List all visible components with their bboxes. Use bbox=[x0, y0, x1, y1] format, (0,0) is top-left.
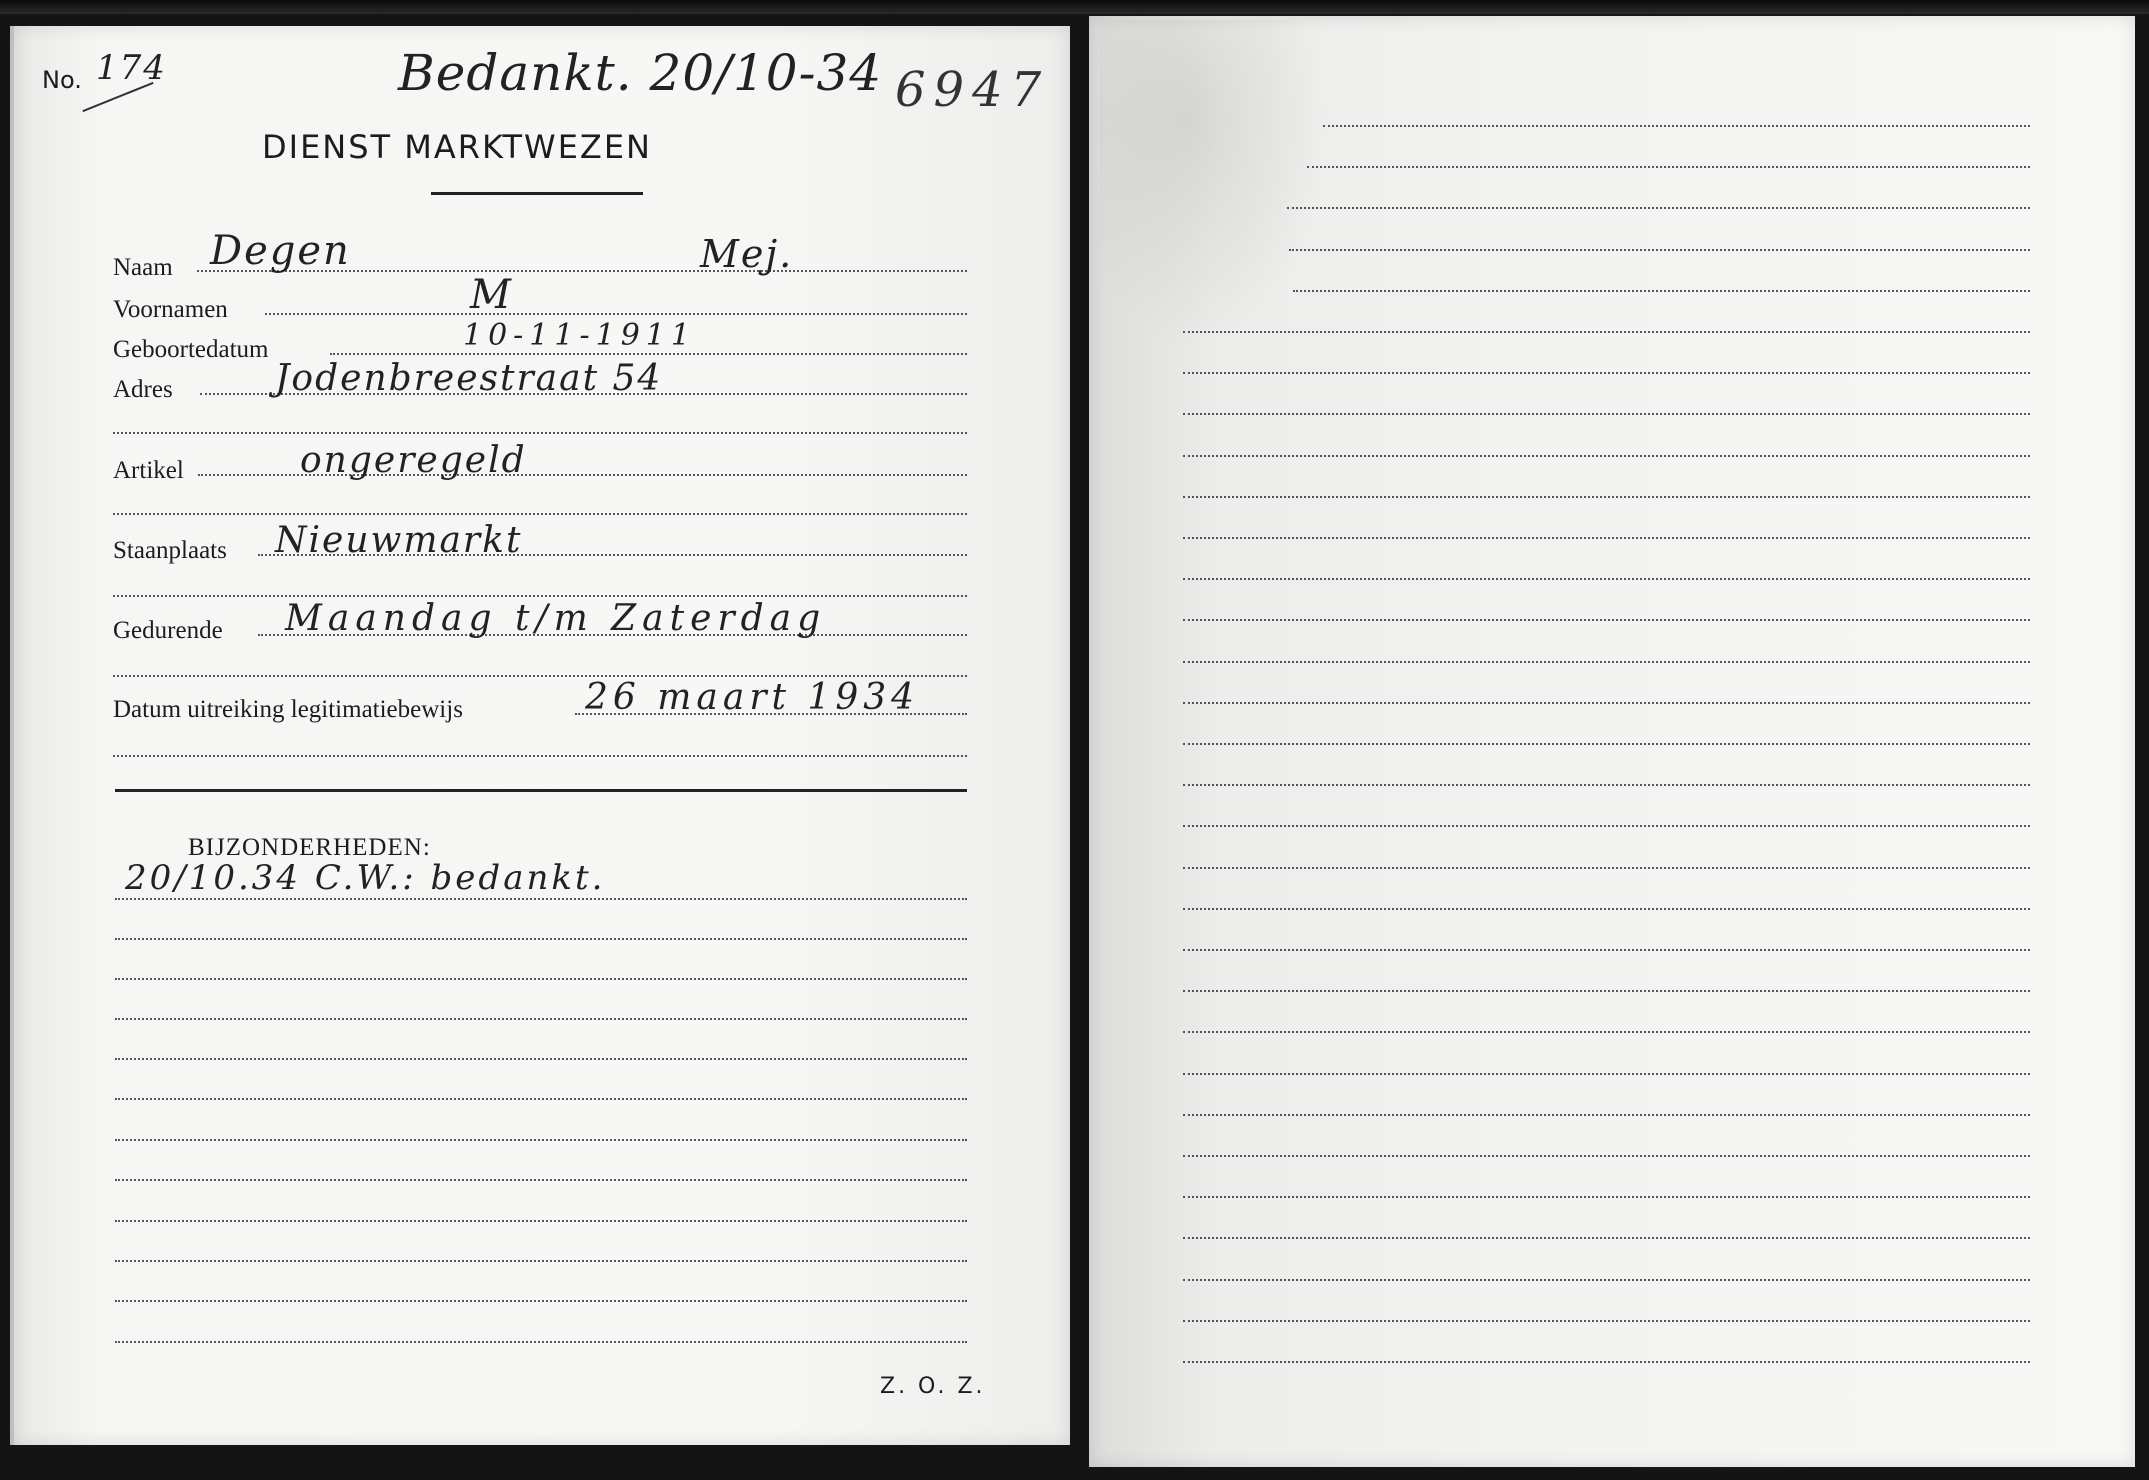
back-ruled-line bbox=[1183, 743, 2030, 745]
field-line-adres-extra bbox=[113, 432, 967, 434]
back-ruled-line bbox=[1183, 496, 2030, 498]
record-card-front bbox=[10, 26, 1070, 1445]
footer-zoz: Z. O. Z. bbox=[880, 1374, 986, 1399]
back-ruled-line bbox=[1323, 125, 2030, 127]
back-ruled-line bbox=[1183, 578, 2030, 580]
back-ruled-line bbox=[1183, 1114, 2030, 1116]
back-ruled-line bbox=[1183, 455, 2030, 457]
field-label-geboortedatum: Geboortedatum bbox=[113, 337, 269, 362]
back-ruled-line bbox=[1183, 619, 2030, 621]
field-value-artikel: ongeregeld bbox=[300, 440, 527, 481]
field-label-datum-uitreiking: Datum uitreiking legitimatiebewijs bbox=[113, 697, 463, 722]
remarks-line-3 bbox=[115, 978, 967, 980]
back-ruled-line bbox=[1183, 1073, 2030, 1075]
field-line-staanplaats-extra bbox=[113, 595, 967, 597]
field-line-voornamen bbox=[265, 313, 967, 315]
field-label-gedurende: Gedurende bbox=[113, 618, 223, 643]
back-ruled-line bbox=[1183, 537, 2030, 539]
remarks-line-11 bbox=[115, 1300, 967, 1302]
back-ruled-line bbox=[1183, 825, 2030, 827]
back-ruled-line bbox=[1289, 249, 2030, 251]
back-ruled-line bbox=[1293, 290, 2030, 292]
number-label: No. bbox=[42, 66, 82, 94]
field-value-voornamen: M bbox=[470, 272, 513, 318]
remarks-text: 20/10.34 C.W.: bedankt. bbox=[125, 858, 605, 898]
remarks-line-5 bbox=[115, 1058, 967, 1060]
field-line-geboortedatum bbox=[330, 353, 967, 355]
remarks-line-1 bbox=[115, 898, 967, 900]
archive-number: 6947 bbox=[895, 62, 1049, 118]
title-rule bbox=[431, 192, 643, 195]
scan-border bbox=[0, 0, 2149, 14]
field-line-datum-extra bbox=[113, 755, 967, 757]
back-ruled-line bbox=[1183, 702, 2030, 704]
back-ruled-line bbox=[1183, 372, 2030, 374]
remarks-line-4 bbox=[115, 1018, 967, 1020]
field-label-artikel: Artikel bbox=[113, 458, 184, 483]
remarks-line-2 bbox=[115, 938, 967, 940]
record-card-back bbox=[1089, 16, 2135, 1467]
field-label-voornamen: Voornamen bbox=[113, 297, 228, 322]
remarks-line-6 bbox=[115, 1098, 967, 1100]
field-value-naam: Degen bbox=[210, 228, 351, 274]
back-ruled-line bbox=[1183, 867, 2030, 869]
back-ruled-line bbox=[1183, 990, 2030, 992]
back-ruled-line bbox=[1183, 1155, 2030, 1157]
back-ruled-line bbox=[1183, 413, 2030, 415]
field-label-staanplaats: Staanplaats bbox=[113, 538, 227, 563]
back-ruled-line bbox=[1183, 1237, 2030, 1239]
back-ruled-line bbox=[1287, 207, 2030, 209]
back-ruled-line bbox=[1183, 1361, 2030, 1363]
back-ruled-line bbox=[1183, 1279, 2030, 1281]
field-label-adres: Adres bbox=[113, 377, 173, 402]
remarks-line-10 bbox=[115, 1260, 967, 1262]
field-line-artikel-extra bbox=[113, 513, 967, 515]
field-label-naam: Naam bbox=[113, 255, 173, 280]
field-value-gedurende: Maandag t/m Zaterdag bbox=[285, 598, 826, 639]
page-title: DIENST MARKTWEZEN bbox=[262, 128, 652, 166]
back-ruled-line bbox=[1183, 949, 2030, 951]
section-divider bbox=[115, 789, 967, 792]
card-number: 174 bbox=[96, 48, 167, 88]
back-ruled-line bbox=[1183, 784, 2030, 786]
back-ruled-line bbox=[1183, 661, 2030, 663]
field-value-title: Mej. bbox=[700, 232, 793, 276]
field-value-datum-uitreiking: 26 maart 1934 bbox=[585, 677, 919, 718]
back-ruled-line bbox=[1183, 331, 2030, 333]
remarks-line-9 bbox=[115, 1220, 967, 1222]
back-ruled-line bbox=[1183, 1320, 2030, 1322]
back-ruled-line bbox=[1183, 908, 2030, 910]
back-ruled-line bbox=[1307, 166, 2030, 168]
field-value-geboortedatum: 10-11-1911 bbox=[463, 318, 696, 353]
field-value-adres: Jodenbreestraat 54 bbox=[275, 358, 662, 399]
remarks-line-12 bbox=[115, 1341, 967, 1343]
field-value-staanplaats: Nieuwmarkt bbox=[275, 520, 522, 561]
remarks-line-8 bbox=[115, 1179, 967, 1181]
remarks-line-7 bbox=[115, 1139, 967, 1141]
header-note: Bedankt. 20/10-34 bbox=[398, 44, 882, 102]
back-ruled-line bbox=[1183, 1196, 2030, 1198]
back-ruled-line bbox=[1183, 1031, 2030, 1033]
